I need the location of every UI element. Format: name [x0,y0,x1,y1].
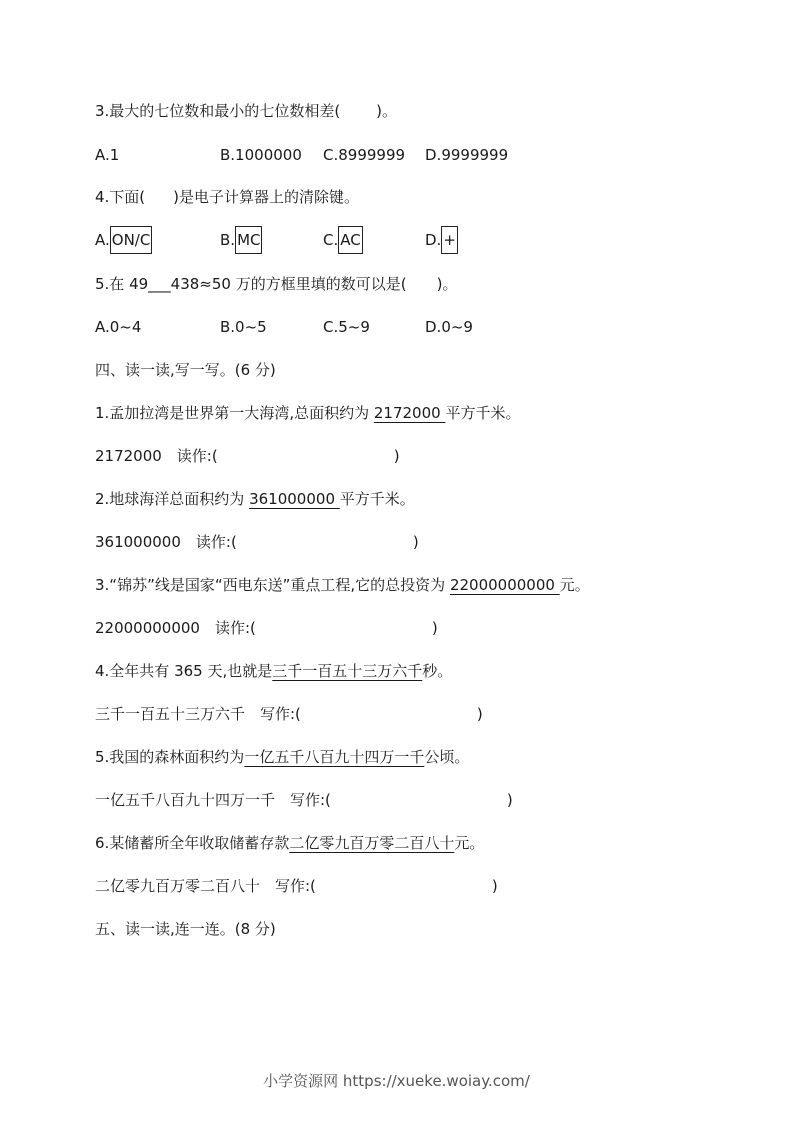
s4-answer-1: 2172000 读作:() [95,445,400,467]
question-4: 4.下面()是电子计算器上的清除键。 [95,186,359,208]
calculator-key-plus: + [441,226,458,254]
option-b: B.0~5 [220,316,267,338]
s4-question-3: 3.“锦苏”线是国家“西电东送”重点工程,它的总投资为 22000000000 … [95,574,590,596]
calculator-key-on-c: ON/C [110,226,153,254]
digit-blank[interactable]: ___ [148,275,171,293]
option-d: D.0~9 [425,316,473,338]
option-b: B.MC [220,226,262,254]
section-5-heading: 五、读一读,连一连。(8 分) [95,918,276,940]
section-4-heading: 四、读一读,写一写。(6 分) [95,359,276,381]
calculator-key-ac: AC [338,226,362,254]
s4-question-4: 4.全年共有 365 天,也就是三千一百五十三万六千秒。 [95,660,452,682]
s4-question-5: 5.我国的森林面积约为一亿五千八百九十四万一千公顷。 [95,746,469,768]
s4-question-1: 1.孟加拉湾是世界第一大海湾,总面积约为 2172000 平方千米。 [95,402,520,424]
option-a: A.0~4 [95,316,141,338]
s4-answer-4: 三千一百五十三万六千 写作:() [95,703,483,725]
question-3: 3.最大的七位数和最小的七位数相差()。 [95,100,397,122]
option-d: D.9999999 [425,144,508,166]
question-5: 5.在 49___438≈50 万的方框里填的数可以是()。 [95,273,457,295]
option-a: A.1 [95,144,119,166]
option-c: C.8999999 [323,144,405,166]
calculator-key-mc: MC [235,226,262,254]
option-d: D.+ [425,226,458,254]
question-text: 3.最大的七位数和最小的七位数相差( [95,102,340,120]
footer-watermark: 小学资源网 https://xueke.woiay.com/ [0,1070,793,1091]
option-a: A.ON/C [95,226,152,254]
option-c: C.5~9 [323,316,370,338]
s4-answer-6: 二亿零九百万零二百八十 写作:() [95,875,498,897]
s4-answer-3: 22000000000 读作:() [95,617,438,639]
option-b: B.1000000 [220,144,302,166]
s4-answer-2: 361000000 读作:() [95,531,419,553]
s4-question-6: 6.某储蓄所全年收取储蓄存款二亿零九百万零二百八十元。 [95,832,484,854]
s4-question-2: 2.地球海洋总面积约为 361000000 平方千米。 [95,488,415,510]
option-c: C.AC [323,226,363,254]
s4-answer-5: 一亿五千八百九十四万一千 写作:() [95,789,513,811]
